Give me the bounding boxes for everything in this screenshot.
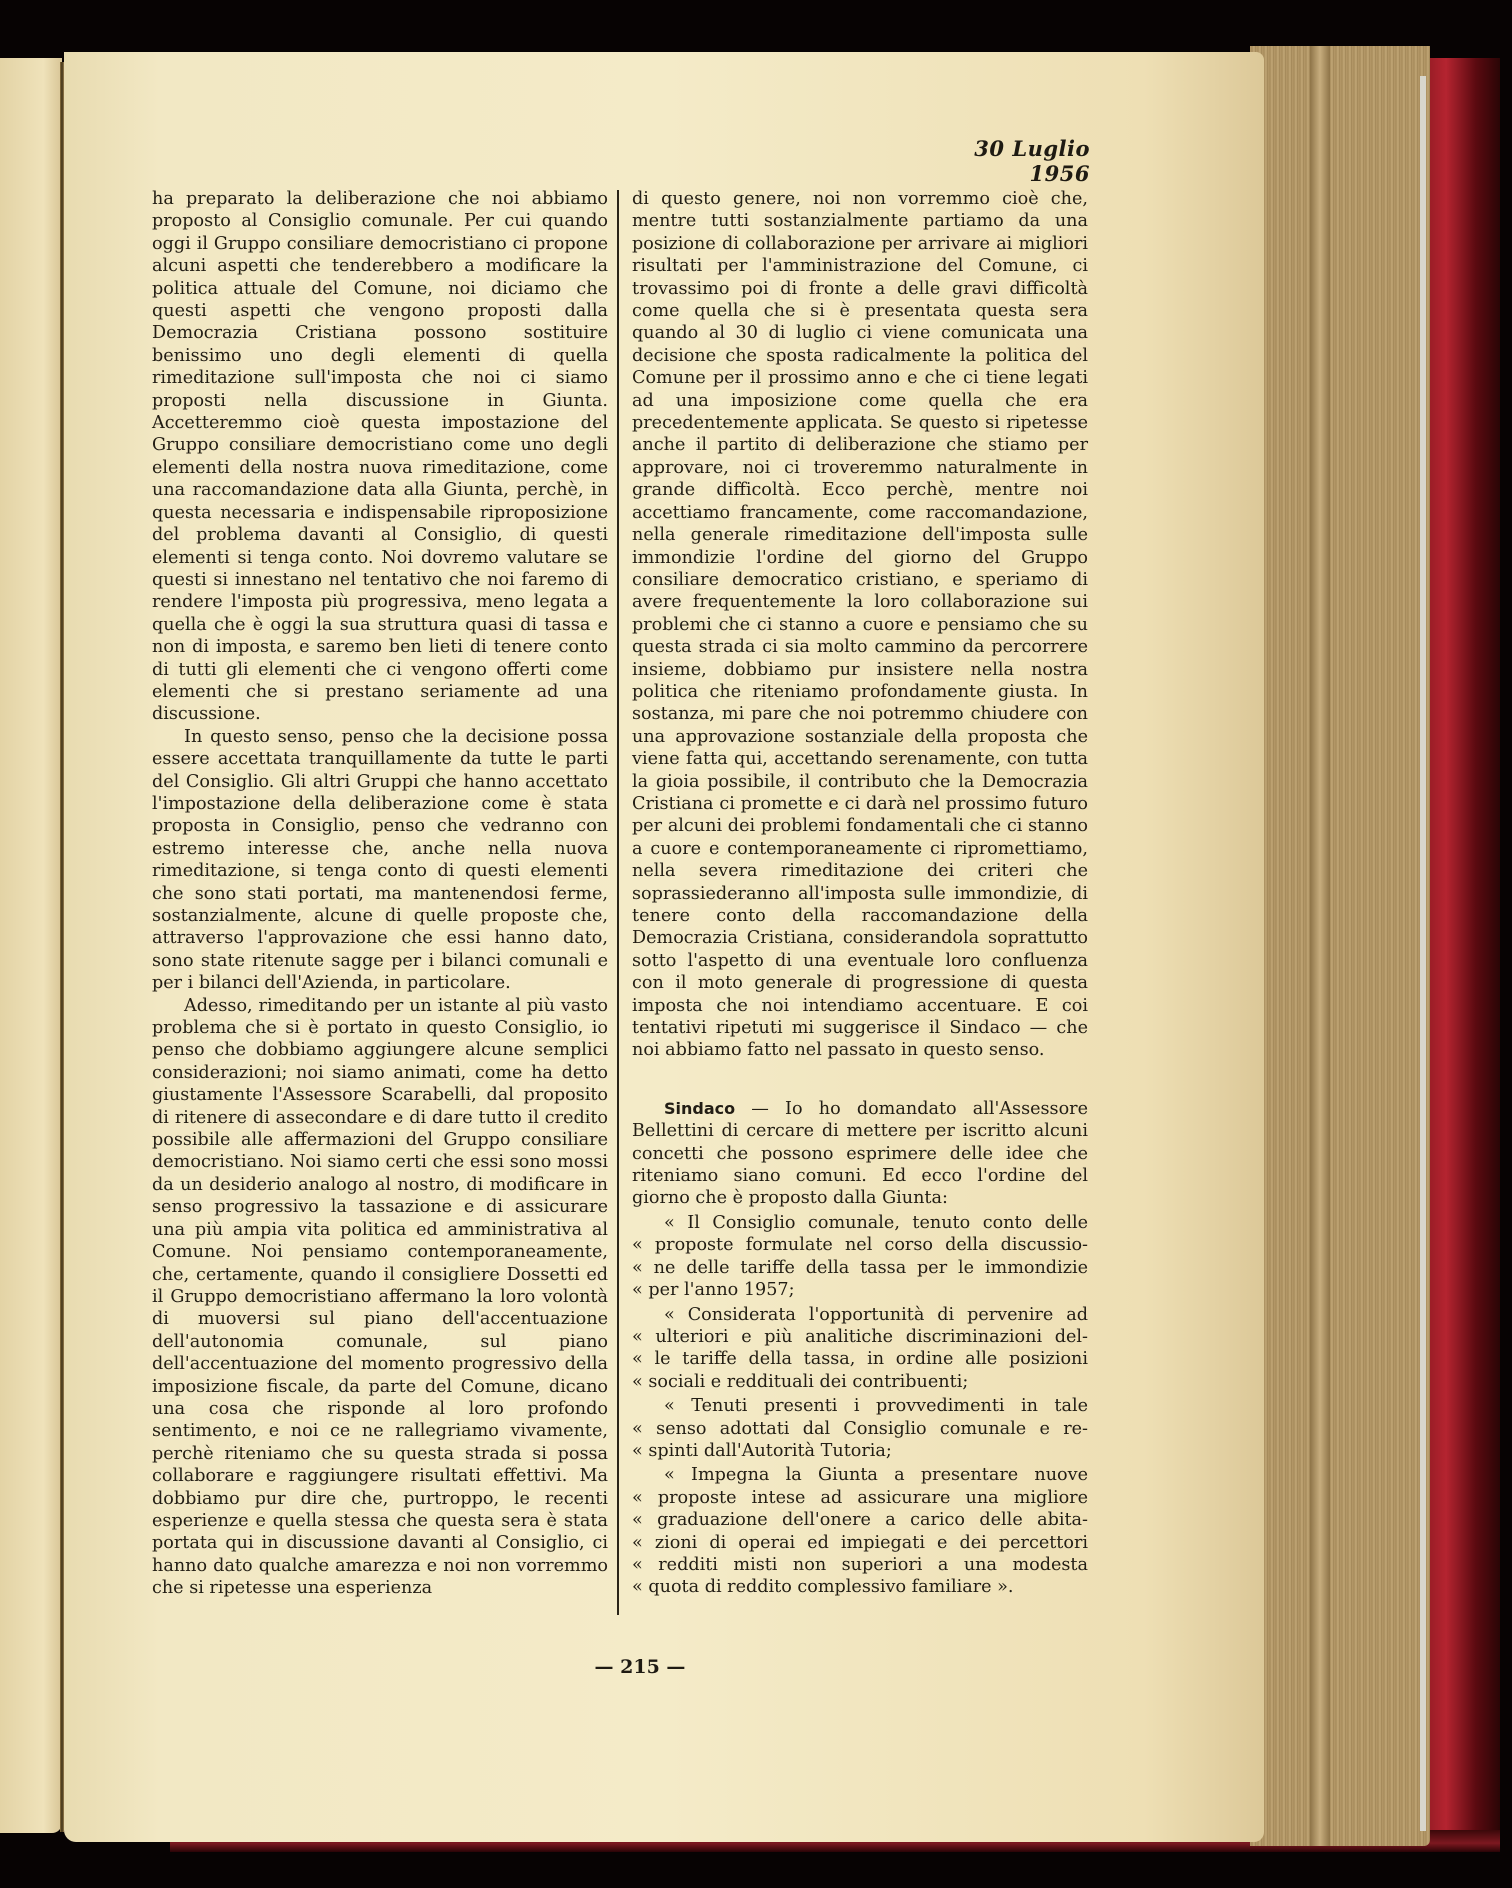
page-number: — 215 — xyxy=(540,1656,740,1678)
quote-line: « Tenuti presenti i provvedimenti in tal… xyxy=(632,1395,1088,1417)
quote-line: « sociali e reddituali dei contribuenti; xyxy=(632,1371,1088,1393)
resolution-quote: « Impegna la Giunta a presentare nuove «… xyxy=(632,1464,1088,1598)
quote-line: « graduazione dell'onere a carico delle … xyxy=(632,1509,1088,1531)
resolution-quote: « Il Consiglio comunale, tenuto conto de… xyxy=(632,1212,1088,1302)
quote-line: « proposte formulate nel corso della dis… xyxy=(632,1234,1088,1256)
paragraph: di questo genere, noi non vorremmo cioè … xyxy=(632,188,1088,1062)
left-page-strip xyxy=(0,58,62,1833)
book-gutter xyxy=(60,62,64,1832)
left-column: ha preparato la deliberazione che noi ab… xyxy=(152,188,608,1600)
quote-line: « ne delle tariffe della tassa per le im… xyxy=(632,1257,1088,1279)
paragraph: ha preparato la deliberazione che noi ab… xyxy=(152,188,608,726)
column-divider xyxy=(617,190,619,1615)
running-header-date: 30 Luglio 1956 xyxy=(930,136,1090,186)
endpaper-edge xyxy=(1420,76,1426,1831)
right-column: di questo genere, noi non vorremmo cioè … xyxy=(632,188,1088,1599)
quote-line: « Il Consiglio comunale, tenuto conto de… xyxy=(632,1212,1088,1234)
quote-line: « proposte intese ad assicurare una migl… xyxy=(632,1487,1088,1509)
quote-line: « Considerata l'opportunità di pervenire… xyxy=(632,1304,1088,1326)
paragraph: In questo senso, penso che la decisione … xyxy=(152,726,608,995)
paragraph: Adesso, rimeditando per un istante al pi… xyxy=(152,995,608,1600)
quote-line: « Impegna la Giunta a presentare nuove xyxy=(632,1464,1088,1486)
quote-line: « redditi misti non superiori a una mode… xyxy=(632,1554,1088,1576)
quote-line: « senso adottati dal Consiglio comunale … xyxy=(632,1418,1088,1440)
quote-line: « zioni di operai ed impiegati e dei per… xyxy=(632,1532,1088,1554)
page-edges-stack xyxy=(1250,46,1430,1846)
speaker-paragraph: Sindaco — Io ho domandato all'Assessore … xyxy=(632,1098,1088,1210)
speaker-name: Sindaco xyxy=(664,1099,735,1118)
quote-line: « per l'anno 1957; xyxy=(632,1279,1088,1301)
page-edges-gap xyxy=(1310,46,1330,1846)
resolution-quote: « Tenuti presenti i provvedimenti in tal… xyxy=(632,1395,1088,1462)
quote-line: « spinti dall'Autorità Tutoria; xyxy=(632,1440,1088,1462)
quote-line: « quota di reddito complessivo familiare… xyxy=(632,1576,1088,1598)
resolution-quote: « Considerata l'opportunità di pervenire… xyxy=(632,1304,1088,1394)
quote-line: « le tariffe della tassa, in ordine alle… xyxy=(632,1348,1088,1370)
quote-line: « ulteriori e più analitiche discriminaz… xyxy=(632,1326,1088,1348)
